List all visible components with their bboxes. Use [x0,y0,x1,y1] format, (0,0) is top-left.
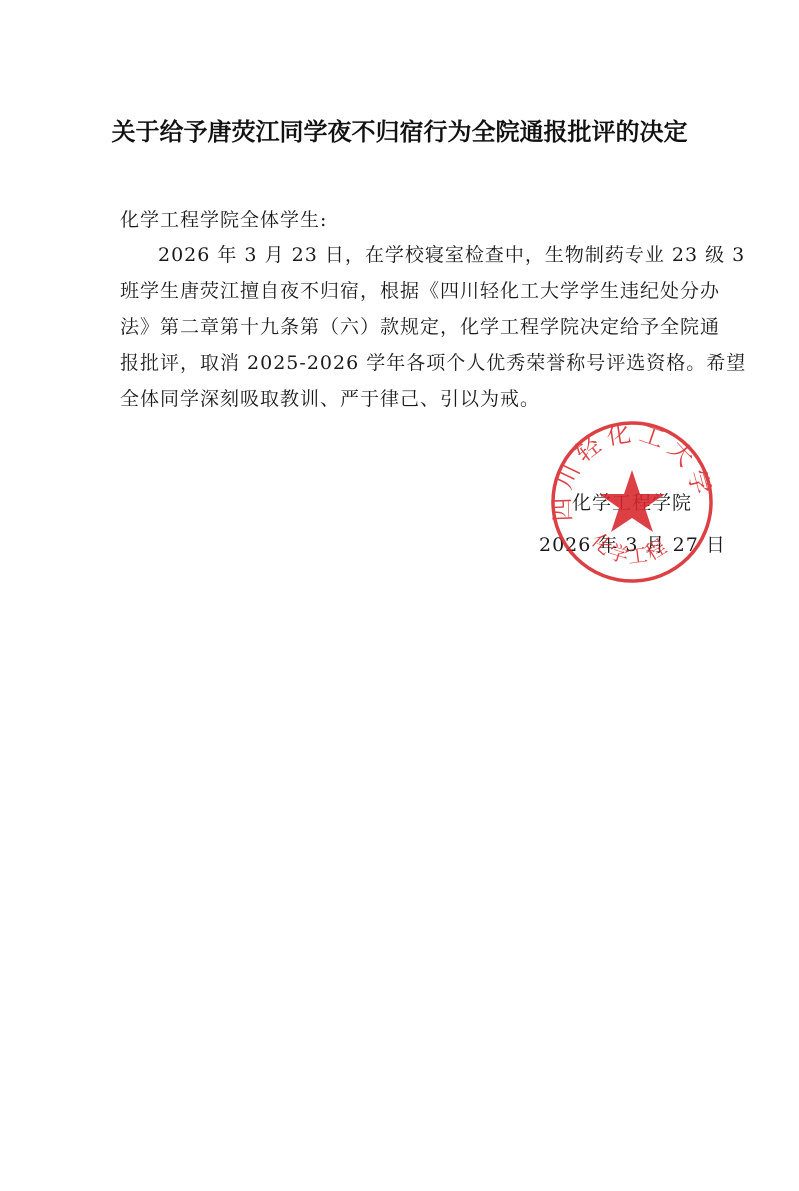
official-seal-icon: 四川轻化工大学 化学工程学院 [548,418,716,586]
body-line: 班学生唐荧江擅自夜不归宿，根据《四川轻化工大学学生违纪处分办 [120,273,690,309]
salutation: 化学工程学院全体学生: [120,205,327,232]
document-title: 关于给予唐荧江同学夜不归宿行为全院通报批评的决定 [0,112,799,147]
body-line: 全体同学深刻吸取教训、严于律己、引以为戒。 [120,381,690,417]
body-line: 报批评，取消 2025-2026 学年各项个人优秀荣誉称号评选资格。希望 [120,345,690,381]
body-line: 2026 年 3 月 23 日，在学校寝室检查中，生物制药专业 23 级 3 [120,237,690,273]
body-line: 法》第二章第十九条第（六）款规定，化学工程学院决定给予全院通 [120,309,690,345]
document-body: 2026 年 3 月 23 日，在学校寝室检查中，生物制药专业 23 级 3 班… [120,237,690,417]
